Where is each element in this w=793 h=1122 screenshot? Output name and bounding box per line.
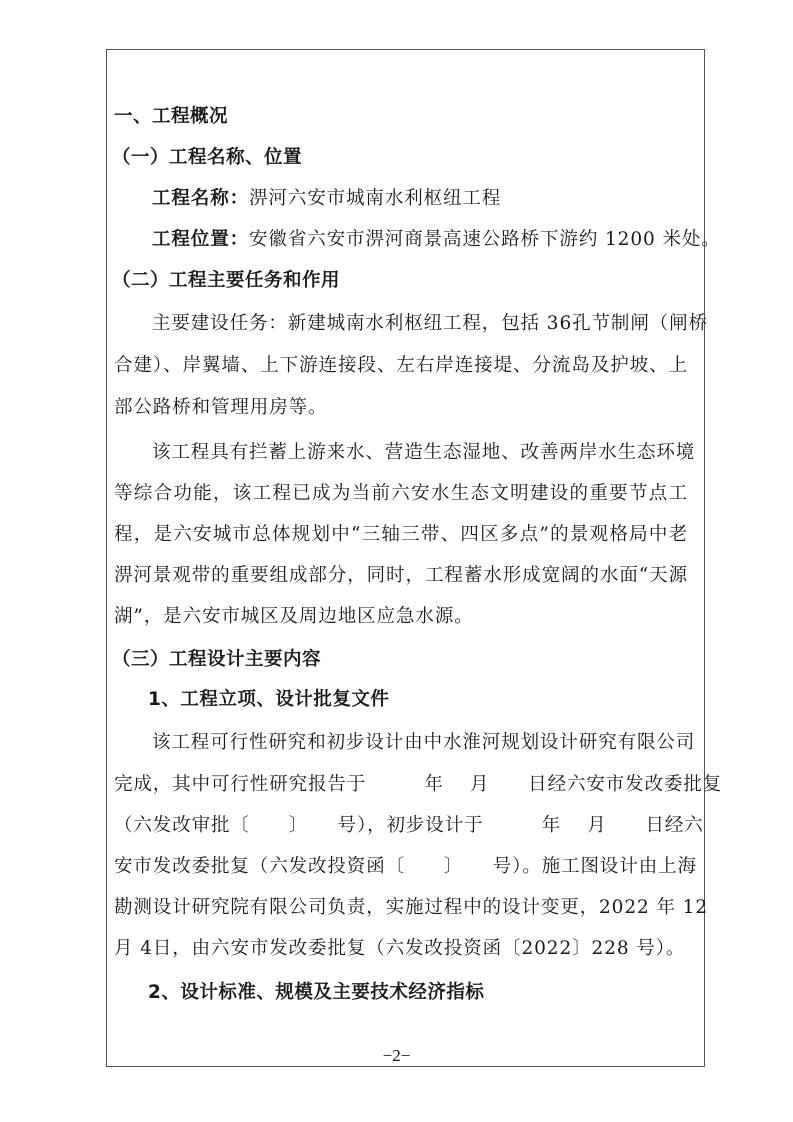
page-number: −2− xyxy=(0,1046,793,1066)
approval-paragraph-line: 月 4日，由六安市发改委批复（六发改投资函〔2022〕228 号）。 xyxy=(114,937,694,961)
function-paragraph-line: 程，是六安城市总体规划中“三轴三带、四区多点”的景观格局中老 xyxy=(114,523,688,547)
function-paragraph-line: 等综合功能，该工程已成为当前六安水生态文明建设的重要节点工 xyxy=(114,482,688,506)
function-paragraph-line: 淠河景观带的重要组成部分，同时，工程蓄水形成宽阔的水面“天源 xyxy=(114,564,688,588)
function-paragraph-line: 湖”，是六安市城区及周边地区应急水源。 xyxy=(114,605,694,629)
approval-paragraph-line: 完成，其中可行性研究报告于 年 月 日经六安市发改委批复 xyxy=(114,773,688,797)
item-title-approval-documents: 1、工程立项、设计批复文件 xyxy=(148,688,728,712)
section-title-project-overview: 一、工程概况 xyxy=(114,105,694,129)
approval-paragraph-line: 安市发改委批复（六发改投资函〔 〕 号）。施工图设计由上海 xyxy=(114,855,688,879)
subsection-title-name-location: （一）工程名称、位置 xyxy=(112,146,692,170)
project-name-row: 工程名称：淠河六安市城南水利枢纽工程 xyxy=(152,187,692,211)
subsection-title-tasks: （二）工程主要任务和作用 xyxy=(112,269,692,293)
approval-paragraph-line: 该工程可行性研究和初步设计由中水淮河规划设计研究有限公司 xyxy=(152,731,688,755)
task-paragraph-line: 主要建设任务：新建城南水利枢纽工程，包括 36孔节制闸（闸桥 xyxy=(152,312,688,336)
item-title-design-standards: 2、设计标准、规模及主要技术经济指标 xyxy=(148,981,728,1005)
task-paragraph-line: 部公路桥和管理用房等。 xyxy=(114,396,694,420)
approval-paragraph-line: 勘测设计研究院有限公司负责，实施过程中的设计变更，2022 年 12 xyxy=(114,896,688,920)
function-paragraph-line: 该工程具有拦蓄上游来水、营造生态湿地、改善两岸水生态环境 xyxy=(152,441,688,465)
project-name-value: 淠河六安市城南水利枢纽工程 xyxy=(249,188,501,209)
approval-paragraph-line: （六发改审批〔 〕 号），初步设计于 年 月 日经六 xyxy=(114,814,688,838)
project-location-value: 安徽省六安市淠河商景高速公路桥下游约 1200 米处。 xyxy=(249,229,721,250)
subsection-title-design-content: （三）工程设计主要内容 xyxy=(112,648,692,672)
task-paragraph-line: 合建）、岸翼墙、上下游连接段、左右岸连接堤、分流岛及护坡、上 xyxy=(114,354,688,378)
project-location-label: 工程位置： xyxy=(152,229,249,250)
project-name-label: 工程名称： xyxy=(152,188,249,209)
project-location-row: 工程位置：安徽省六安市淠河商景高速公路桥下游约 1200 米处。 xyxy=(152,228,692,252)
